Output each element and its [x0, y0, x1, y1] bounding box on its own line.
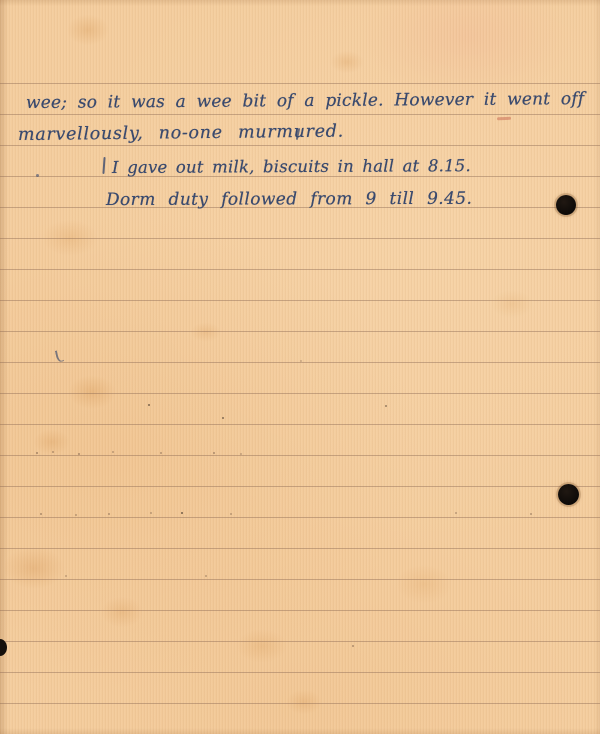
hole-punch-bottom — [558, 484, 579, 505]
handwriting-line-1: wee; so it was a wee bit of a pickle. Ho… — [26, 89, 584, 113]
handwriting-line-2: marvellously, no-one murmured. — [18, 122, 344, 146]
scanned-page: wee; so it was a wee bit of a pickle. Ho… — [0, 0, 600, 734]
faint-red-mark — [497, 117, 511, 120]
ruled-lines — [0, 83, 600, 734]
handwriting-line-4: Dorm duty followed from 9 till 9.45. — [106, 189, 472, 211]
hole-punch-top — [556, 195, 576, 215]
handwriting-line-3: I gave out milk, biscuits in hall at 8.1… — [112, 156, 471, 178]
dust-specks — [0, 0, 2, 2]
stray-ink-dot — [36, 174, 39, 177]
